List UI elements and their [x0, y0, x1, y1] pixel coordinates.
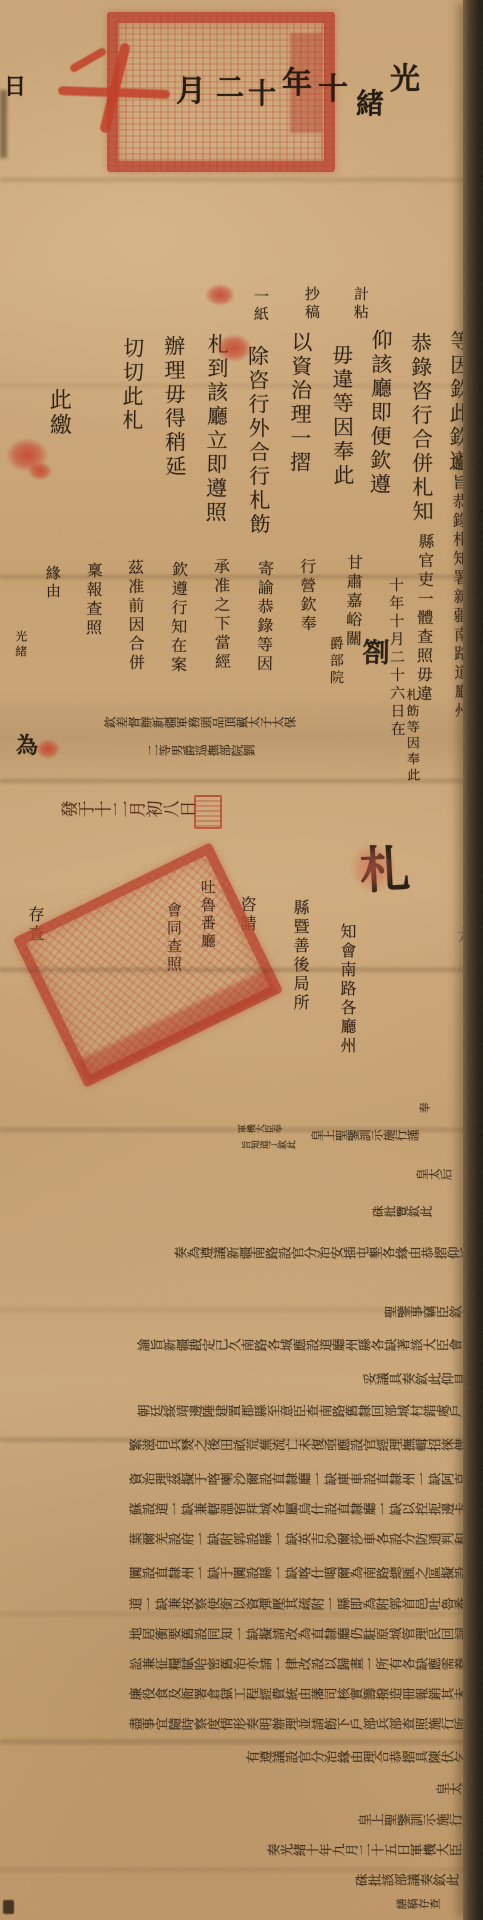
directive-column: 甘肅嘉峪關 [343, 554, 361, 649]
memorial-line: 闐設直隸州一缺于闐設縣一缺喀什噶爾為南路總匯之區擬設 [131, 1566, 469, 1580]
memorial-line: 有遵議設官分治緣由理合恭摺具陳伏乞 [248, 1750, 469, 1764]
directive-column: 此繳 [47, 388, 71, 438]
memorial-line: 廉役食及衙署倉獄工程經費統由藩司核實籌撥造冊報銷其未 [131, 1687, 469, 1701]
memorial-line: 奏光緒十年九月二十五日軍機大臣奉 [269, 1843, 477, 1857]
seal-ink-heavy-edge [77, 969, 277, 1084]
binding-edge-strip [463, 0, 483, 1920]
memorial-line: 地居衝要舊設同知一缺擬請改為直隸廳仍駐原城管理民回詞 [131, 1627, 469, 1641]
fold-crease [0, 1738, 483, 1746]
directive-column: 承准之下當經 [211, 558, 229, 672]
directive-column: 恭錄咨行合併札知 [409, 332, 433, 524]
tilted-official-seal [13, 842, 284, 1088]
sender-title: 爵部院 [328, 636, 343, 687]
memorial-intro-line: 旨知道了欽此 [244, 1140, 298, 1150]
red-brush-mark [350, 843, 396, 893]
directive-column: 十年十月二十六日在 [387, 577, 405, 739]
memorial-intro-line: 皇上聖鑒訓示施行謹 [312, 1129, 420, 1142]
cover-column: 知會南路各廳州 [338, 923, 355, 1056]
directive-char: 劄 [358, 638, 387, 668]
day-char: 日 [4, 70, 26, 101]
red-brush-mark [3, 1900, 14, 1914]
date-char: 十 [248, 72, 276, 112]
memorial-line: 繁滋自兵燹之後田畝荒蕪流亡未復亟應設官經理撫輯招徠俾 [131, 1438, 469, 1452]
directive-column: 稟報查照 [84, 562, 102, 638]
memorial-line: 資治理茲擬于喀喇沙爾設直隸廳一缺庫車設直隸州一缺阿克 [131, 1472, 469, 1486]
directive-column: 縣官吏一體查照毋違 [414, 533, 433, 704]
directive-column: 毋違等因奉此 [330, 344, 354, 488]
memorial-line: 繕稿存查 [397, 1898, 441, 1910]
memorial-line: 蘇設道一缺兼轄溫宿拜城各屬烏什設直隸廳一缺以控扼邊卡 [131, 1502, 469, 1516]
directive-column: 緣由 [44, 565, 60, 601]
directive-column: 光緒 [14, 630, 27, 660]
issuer-title-line: 欽差督辦新疆軍務頭品頂戴太子太保 [105, 716, 297, 729]
memorial-line: 奏為遵議新疆南路設官分治安插屯墾各緣由恭摺仰祈 [176, 1246, 475, 1260]
memorial-intro-line: 硃批覽欽此 [373, 1205, 433, 1218]
directive-column: 一紙 [252, 288, 268, 324]
red-brush-mark [28, 462, 52, 480]
directive-column: 茲准前因合併 [125, 559, 143, 673]
dispatch-date-note: 發于十二月初八日 [62, 800, 198, 818]
small-red-seal [194, 795, 222, 829]
directive-column: 欽遵行知在案 [168, 561, 186, 675]
directive-column: 札到該廳立即遵照 [204, 333, 229, 525]
fold-crease [0, 573, 483, 581]
memorial-line: 皇上聖鑒訓示施行謹 [360, 1813, 477, 1827]
fold-crease [0, 1610, 483, 1618]
red-brush-mark [36, 739, 60, 759]
memorial-intro-line: 奉 [420, 1102, 431, 1114]
directive-column: 仰該廳即便欽遵 [368, 329, 392, 497]
memorial-intro-line: 軍機大臣奉 [240, 1124, 285, 1134]
directive-column: 計粘 [352, 286, 368, 322]
date-char: 月 [176, 66, 206, 110]
date-char: 緒 [356, 82, 384, 122]
directive-column: 切切此札 [120, 337, 143, 433]
memorial-line: 妥議具奏欽此仰見 [365, 1372, 469, 1386]
date-char: 光 [390, 54, 420, 98]
memorial-line: 盡事宜隨時察度情形奏明辦理並請飭下戶部兵部查照施行所 [131, 1717, 469, 1731]
directive-column: 辦理毋得稍延 [162, 335, 186, 479]
document-scroll: 光緒十年十二月 日 等因欽此欽遵恭錄咨行合併札知仰該廳即便欽遵毋違等因奉此以資治… [0, 0, 483, 1920]
red-brush-mark [216, 334, 252, 362]
directive-column: 以資治理一摺 [288, 331, 312, 475]
date-char: 十 [318, 64, 348, 108]
memorial-line: 朝廷綏靖邊陲建置郡縣至意臣查南路舊隸回部城村錯處戶口 [139, 1404, 477, 1418]
memorial-line: 諭旨新疆戡定已久南路各城應設道廳州縣各缺著該大臣會同 [139, 1338, 477, 1352]
directive-column: 行營欽奉 [298, 558, 316, 634]
red-brush-mark [205, 284, 235, 306]
memorial-line: 道一缺兼按察使銜以資彈壓其疏附一縣即為附郭首邑吐魯番 [131, 1597, 469, 1611]
memorial-line: 葉爾羌設府一缺附郭設縣一缺英吉沙爾莎車各設分防通判和 [131, 1532, 469, 1546]
directive-column: 寄諭恭錄等因 [254, 560, 272, 674]
red-brush-mark [0, 90, 7, 158]
date-char: 二 [216, 66, 244, 106]
directive-column: 除咨行外合行札飭 [246, 345, 270, 537]
date-char: 年 [282, 58, 312, 102]
directive-column: 札飭等因奉此 [403, 688, 418, 784]
memorial-line: 硃批該部議奏欽此 [357, 1873, 461, 1887]
issuer-title-line: 二等男爵巡撫部院劉 [148, 744, 256, 757]
directive-column: 抄稿 [303, 286, 319, 322]
memorial-line: 訟兼征糧賦哈密舊治亦請一律改設以歸畫一所有各缺應需養 [131, 1657, 469, 1671]
reviewer-check-mark [58, 42, 176, 140]
cover-column: 縣暨善後局所 [291, 899, 308, 1013]
memorial-intro-line: 皇太后 [417, 1168, 453, 1181]
check-stroke [69, 47, 108, 74]
fold-crease [0, 176, 483, 184]
wei-char: 為 [16, 735, 38, 758]
